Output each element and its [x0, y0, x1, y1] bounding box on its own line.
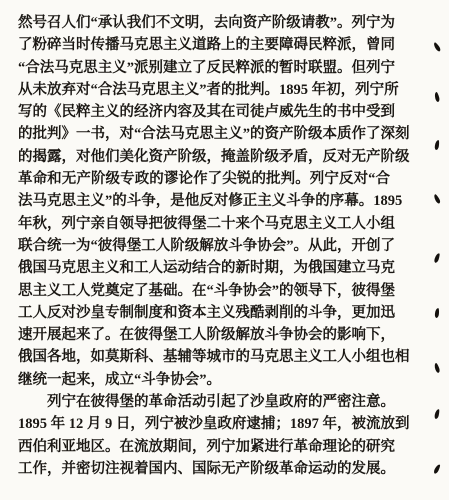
text-line: “合法马克思主义”派别建立了反民粹派的暂时联盟。但列宁	[18, 57, 390, 79]
text-line: 1895 年 12 月 9 日，列宁被沙皇政府逮捕；1897 年，被流放到	[18, 413, 390, 435]
book-page: 然号召人们“承认我们不文明，去向资产阶级请教”。列宁为 了粉碎当时传播马克思主义…	[0, 0, 449, 500]
ink-mark	[434, 409, 440, 420]
text-line: 了粉碎当时传播马克思主义道路上的主要障碍民粹派，曾同	[18, 34, 390, 56]
ink-mark	[432, 42, 441, 52]
text-line-paragraph-end: 继统一起来，成立“斗争协会”。	[18, 369, 390, 391]
page-text: 然号召人们“承认我们不文明，去向资产阶级请教”。列宁为 了粉碎当时传播马克思主义…	[18, 12, 390, 480]
text-line: 的批判》一书，对“合法马克思主义”的资产阶级本质作了深刻	[18, 123, 390, 145]
ink-mark	[434, 140, 439, 150]
ink-mark	[433, 464, 441, 475]
ink-mark	[433, 363, 440, 374]
text-line-paragraph-start: 列宁在彼得堡的革命活动引起了沙皇政府的严密注意。	[18, 391, 390, 413]
text-line: 的揭露，对他们美化资产阶级，掩盖阶级矛盾，反对无产阶级	[18, 146, 390, 168]
ink-mark	[435, 308, 440, 318]
text-line: 西伯利亚地区。在流放期间，列宁加紧进行革命理论的研究	[18, 436, 390, 458]
text-line: 革命和无产阶级专政的谬论作了尖锐的批判。列宁反对“合	[18, 168, 390, 190]
text-line: 思主义工人党奠定了基础。在“斗争协会”的领导下，彼得堡	[18, 280, 390, 302]
text-line: 法马克思主义”的斗争，是他反对修正主义斗争的序幕。1895	[18, 190, 390, 212]
text-line: 从未放弃对“合法马克思主义”者的批判。1895 年初，列宁所	[18, 79, 390, 101]
text-line: 工人反对沙皇专制制度和资本主义残酷剥削的斗争，更加迅	[18, 302, 390, 324]
text-line: 联合统一为“彼得堡工人阶级解放斗争协会”。从此，开创了	[18, 235, 390, 257]
text-line-paragraph-end: 工作，并密切注视着国内、国际无产阶级革命运动的发展。	[18, 458, 390, 480]
text-line: 俄国马克思主义和工人运动结合的新时期，为俄国建立马克	[18, 257, 390, 279]
text-line: 年秋，列宁亲自领导把彼得堡二十来个马克思主义工人小组	[18, 213, 390, 235]
text-line: 然号召人们“承认我们不文明，去向资产阶级请教”。列宁为	[18, 12, 390, 34]
ink-mark	[433, 194, 441, 205]
ink-mark	[434, 92, 440, 103]
text-line: 写的《民粹主义的经济内容及其在司徒卢威先生的书中受到	[18, 101, 390, 123]
text-line: 俄国各地，如莫斯科、基辅等城市的马克思主义工人小组也相	[18, 346, 390, 368]
text-line: 速开展起来了。在彼得堡工人阶级解放斗争协会的影响下，	[18, 324, 390, 346]
ink-mark	[434, 253, 441, 264]
